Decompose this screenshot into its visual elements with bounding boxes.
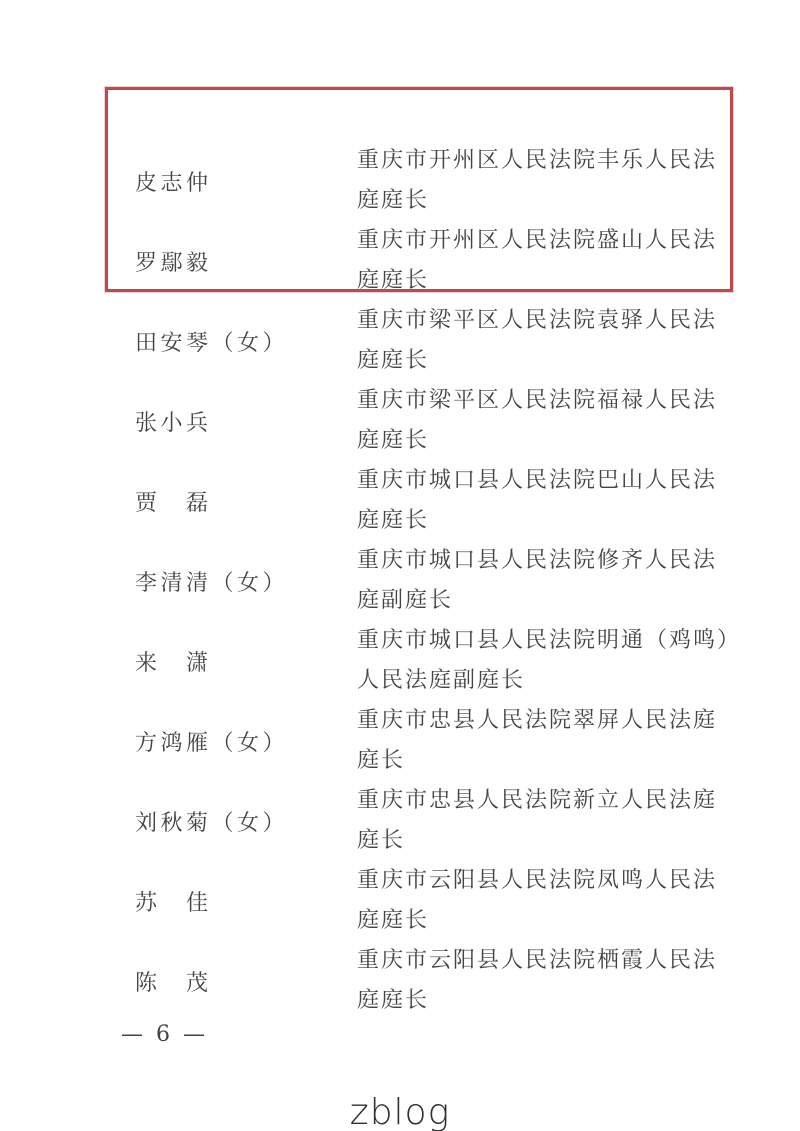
- position-line-2: 庭庭长: [357, 421, 757, 461]
- list-item: 李清清（女） 重庆市城口县人民法院修齐人民法 庭副庭长: [135, 541, 757, 621]
- position-line-1: 重庆市忠县人民法院新立人民法庭: [357, 781, 757, 821]
- position-line-1: 重庆市云阳县人民法院栖霞人民法: [357, 941, 757, 981]
- person-name: 罗鄢毅: [135, 221, 357, 301]
- person-name: 贾 磊: [135, 461, 357, 541]
- document-page: 皮志仲 重庆市开州区人民法院丰乐人民法 庭庭长 罗鄢毅 重庆市开州区人民法院盛山…: [0, 0, 800, 1131]
- position-cell: 重庆市忠县人民法院新立人民法庭 庭长: [357, 781, 757, 861]
- position-line-1: 重庆市城口县人民法院明通（鸡鸣）: [357, 621, 757, 661]
- position-cell: 重庆市城口县人民法院修齐人民法 庭副庭长: [357, 541, 757, 621]
- person-name: 陈 茂: [135, 941, 357, 1021]
- position-line-2: 庭庭长: [357, 501, 757, 541]
- position-cell: 重庆市梁平区人民法院福禄人民法 庭庭长: [357, 381, 757, 461]
- position-line-1: 重庆市梁平区人民法院福禄人民法: [357, 381, 757, 421]
- position-line-2: 庭庭长: [357, 901, 757, 941]
- person-name: 皮志仲: [135, 141, 357, 221]
- list-item: 田安琴（女） 重庆市梁平区人民法院袁驿人民法 庭庭长: [135, 301, 757, 381]
- list-item: 陈 茂 重庆市云阳县人民法院栖霞人民法 庭庭长: [135, 941, 757, 1021]
- list-item: 罗鄢毅 重庆市开州区人民法院盛山人民法 庭庭长: [135, 221, 757, 301]
- position-line-1: 重庆市梁平区人民法院袁驿人民法: [357, 301, 757, 341]
- list-item: 方鸿雁（女） 重庆市忠县人民法院翠屏人民法庭 庭长: [135, 701, 757, 781]
- person-name: 李清清（女）: [135, 541, 357, 621]
- list-item: 来 潇 重庆市城口县人民法院明通（鸡鸣） 人民法庭副庭长: [135, 621, 757, 701]
- position-line-1: 重庆市开州区人民法院丰乐人民法: [357, 141, 757, 181]
- position-cell: 重庆市云阳县人民法院凤鸣人民法 庭庭长: [357, 861, 757, 941]
- list-item: 贾 磊 重庆市城口县人民法院巴山人民法 庭庭长: [135, 461, 757, 541]
- position-line-2: 庭长: [357, 821, 757, 861]
- position-line-1: 重庆市城口县人民法院巴山人民法: [357, 461, 757, 501]
- list-item: 苏 佳 重庆市云阳县人民法院凤鸣人民法 庭庭长: [135, 861, 757, 941]
- position-line-1: 重庆市云阳县人民法院凤鸣人民法: [357, 861, 757, 901]
- person-name: 田安琴（女）: [135, 301, 357, 381]
- list-item: 张小兵 重庆市梁平区人民法院福禄人民法 庭庭长: [135, 381, 757, 461]
- position-cell: 重庆市城口县人民法院明通（鸡鸣） 人民法庭副庭长: [357, 621, 757, 701]
- position-line-2: 人民法庭副庭长: [357, 661, 757, 701]
- position-cell: 重庆市云阳县人民法院栖霞人民法 庭庭长: [357, 941, 757, 1021]
- position-cell: 重庆市梁平区人民法院袁驿人民法 庭庭长: [357, 301, 757, 381]
- person-name: 来 潇: [135, 621, 357, 701]
- position-line-1: 重庆市忠县人民法院翠屏人民法庭: [357, 701, 757, 741]
- position-cell: 重庆市开州区人民法院盛山人民法 庭庭长: [357, 221, 757, 301]
- position-line-1: 重庆市城口县人民法院修齐人民法: [357, 541, 757, 581]
- position-line-2: 庭庭长: [357, 981, 757, 1021]
- position-line-2: 庭庭长: [357, 181, 757, 221]
- person-name: 方鸿雁（女）: [135, 701, 357, 781]
- person-name: 苏 佳: [135, 861, 357, 941]
- position-line-2: 庭长: [357, 741, 757, 781]
- position-line-2: 庭副庭长: [357, 581, 757, 621]
- position-cell: 重庆市开州区人民法院丰乐人民法 庭庭长: [357, 141, 757, 221]
- position-cell: 重庆市城口县人民法院巴山人民法 庭庭长: [357, 461, 757, 541]
- person-name: 张小兵: [135, 381, 357, 461]
- list-item: 刘秋菊（女） 重庆市忠县人民法院新立人民法庭 庭长: [135, 781, 757, 861]
- watermark: zblog: [0, 1092, 800, 1131]
- position-line-1: 重庆市开州区人民法院盛山人民法: [357, 221, 757, 261]
- person-name: 刘秋菊（女）: [135, 781, 357, 861]
- appointments-list: 皮志仲 重庆市开州区人民法院丰乐人民法 庭庭长 罗鄢毅 重庆市开州区人民法院盛山…: [135, 141, 757, 1021]
- position-cell: 重庆市忠县人民法院翠屏人民法庭 庭长: [357, 701, 757, 781]
- position-line-2: 庭庭长: [357, 341, 757, 381]
- list-item: 皮志仲 重庆市开州区人民法院丰乐人民法 庭庭长: [135, 141, 757, 221]
- page-number: — 6 —: [121, 1022, 208, 1047]
- position-line-2: 庭庭长: [357, 261, 757, 301]
